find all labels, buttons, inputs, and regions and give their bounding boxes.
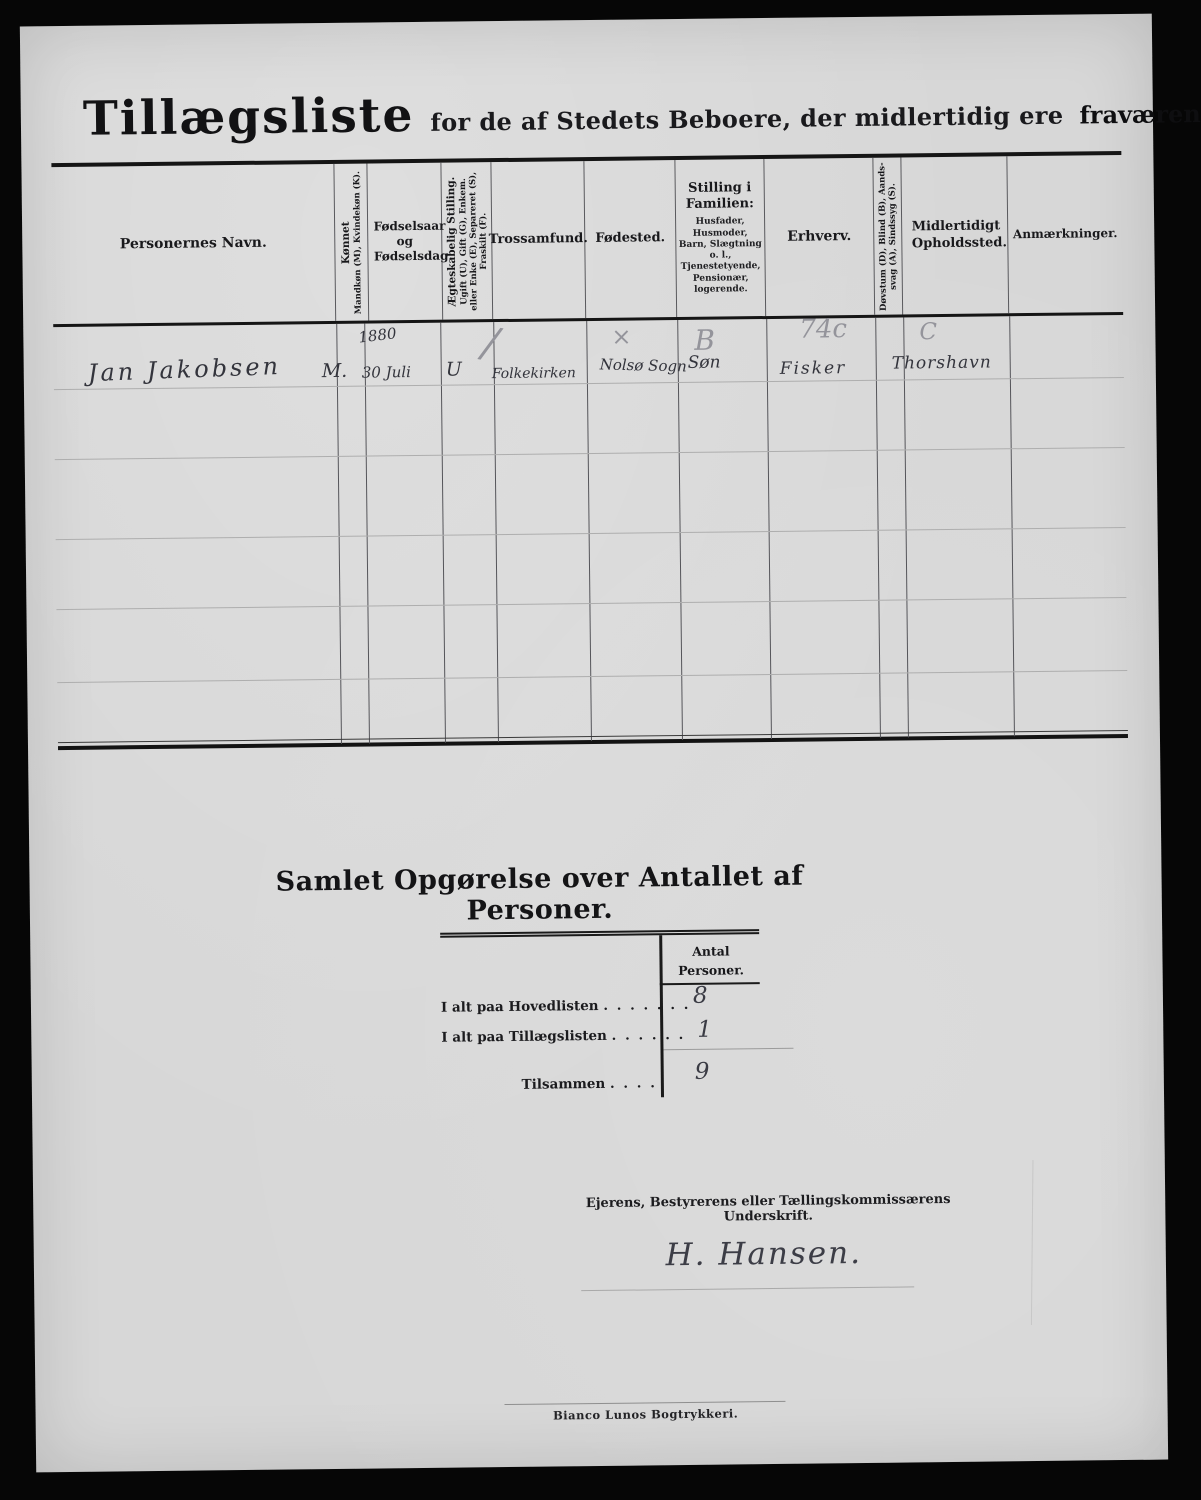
summary-col-header-line1: Antal xyxy=(692,943,730,958)
col-header-family-sub: Husfader, Husmoder, Barn, Slægtning o. l… xyxy=(678,216,763,296)
page-subtitle-emphasis: fraværende. xyxy=(1079,99,1201,130)
entry-sex: M. xyxy=(322,360,348,382)
row-rule xyxy=(57,670,1127,683)
summary-row-tilsammen: Tilsammen . . . . xyxy=(442,1075,657,1093)
col-header-religion: Trossamfund. xyxy=(491,161,586,319)
col-header-sex: Kønnet Mandkøn (M), Kvindekøn (K). xyxy=(334,164,369,321)
col-header-residence-label: Midlertidigt Opholdssted. xyxy=(912,219,998,252)
summary-row-label: I alt paa Tillægslisten xyxy=(441,1028,607,1046)
col-header-birthplace-label: Fødested. xyxy=(595,231,665,248)
dotted-leader: . . . . . . . xyxy=(603,997,690,1014)
dotted-leader: . . . . xyxy=(610,1075,657,1092)
col-header-disability-sub2: svag (A), Sindssyg (S). xyxy=(887,162,899,311)
col-header-remarks: Anmærkninger. xyxy=(1007,155,1123,313)
row-rule xyxy=(56,597,1126,610)
entry-religion: Folkekirken xyxy=(492,365,576,382)
row-rule xyxy=(56,527,1126,540)
summary-title: Samlet Opgørelse over Antallet af Person… xyxy=(259,860,820,928)
entry-birth-day: 30 Juli xyxy=(362,363,411,382)
col-header-residence: Midlertidigt Opholdssted. xyxy=(901,156,1009,314)
col-header-occupation-label: Erhverv. xyxy=(787,228,851,246)
pencil-mark-birthplace: × xyxy=(611,323,631,351)
page-subtitle: for de af Stedets Beboere, der midlertid… xyxy=(430,101,1063,137)
summary-row-hovedlisten: I alt paa Hovedlisten . . . . . . . xyxy=(441,997,656,1015)
census-table: Personernes Navn. Kønnet Mandkøn (M), Kv… xyxy=(51,151,1128,750)
dotted-leader: . . . . . . xyxy=(612,1027,686,1044)
row-rule xyxy=(55,447,1125,460)
col-header-marital-sub1: Ugift (U), Gift (G), Enkem. xyxy=(457,171,469,310)
summary-col-header-line2: Personer. xyxy=(678,962,744,978)
col-header-birth: Fødselsaar og Fødselsdag. xyxy=(367,163,443,321)
col-header-birth-label: Fødselsaar og Fødselsdag. xyxy=(374,219,437,265)
census-form-page: Tillægsliste for de af Stedets Beboere, … xyxy=(20,14,1168,1473)
summary-row-label: I alt paa Hovedlisten xyxy=(441,998,599,1016)
col-header-name-label: Personernes Navn. xyxy=(120,234,267,253)
summary-col-header: Antal Personer. xyxy=(662,942,759,981)
pencil-mark-occupation: 74c xyxy=(799,314,847,345)
signature-label: Ejerens, Bestyrerens eller Tællingskommi… xyxy=(563,1192,973,1227)
entry-marital: U xyxy=(446,358,462,380)
summary-table: Antal Personer. I alt paa Hovedlisten . … xyxy=(440,929,761,1100)
col-header-marital: Ægteskabelig Stilling. Ugift (U), Gift (… xyxy=(441,162,493,320)
col-header-remarks-label: Anmærkninger. xyxy=(1013,226,1118,242)
bottom-rule-thin xyxy=(58,730,1128,743)
col-header-occupation: Erhverv. xyxy=(764,158,875,316)
signature-line xyxy=(581,1286,914,1291)
summary-sum-rule xyxy=(663,1048,793,1050)
printer-imprint: Bianco Lunos Bogtrykkeri. xyxy=(466,1405,826,1423)
col-header-marital-sub2: eller Enke (E), Separeret (S), xyxy=(467,171,479,310)
col-header-birthplace: Fødested. xyxy=(584,160,677,318)
form-masthead: Tillægsliste for de af Stedets Beboere, … xyxy=(83,80,1124,147)
col-header-religion-label: Trossamfund. xyxy=(489,231,588,248)
page-title: Tillægsliste xyxy=(83,88,415,147)
col-header-family: Stilling i Familien: Husfader, Husmoder,… xyxy=(675,159,766,317)
col-header-sex-sub: Mandkøn (M), Kvindekøn (K). xyxy=(352,170,364,313)
summary-row-tillaegslisten: I alt paa Tillægslisten . . . . . . xyxy=(441,1027,656,1045)
col-header-disability: Døvstum (D), Blind (B), Aands- svag (A),… xyxy=(873,157,903,314)
footer-rule xyxy=(504,1401,785,1405)
pencil-mark-family: B xyxy=(694,324,715,357)
summary-header-rule xyxy=(660,982,760,985)
entry-occupation: Fisker xyxy=(780,358,847,379)
entry-residence: Thorshavn xyxy=(892,352,992,373)
summary-value-tilsammen: 9 xyxy=(695,1059,710,1085)
pencil-mark-religion: / xyxy=(480,317,502,368)
entry-birthplace: Nolsø Sogn xyxy=(600,355,687,375)
census-table-body: Jan Jakobsen M. 1880 30 Juli U Folkekirk… xyxy=(53,315,1128,747)
col-header-name: Personernes Navn. xyxy=(51,164,336,324)
entry-birth-year: 1880 xyxy=(357,324,397,346)
summary-value-tillaegslisten: 1 xyxy=(697,1017,712,1043)
summary-value-hovedlisten: 8 xyxy=(693,983,708,1009)
census-table-header: Personernes Navn. Kønnet Mandkøn (M), Kv… xyxy=(51,155,1123,327)
entry-name: Jan Jakobsen xyxy=(87,352,281,387)
pencil-mark-residence: C xyxy=(919,319,937,345)
col-header-family-title: Stilling i Familien: xyxy=(678,180,762,213)
paper-crease xyxy=(1031,1160,1034,1325)
col-header-marital-title: Ægteskabelig Stilling. xyxy=(444,172,458,311)
signature-handwriting: H. Hansen. xyxy=(634,1235,894,1274)
summary-row-label: Tilsammen xyxy=(522,1076,606,1093)
